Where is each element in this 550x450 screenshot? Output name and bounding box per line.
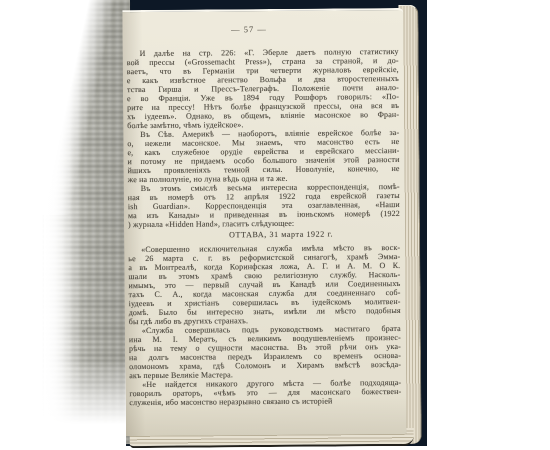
book: — 57 — И далѣе на стр. 226: «Г. Эберле д… [0, 0, 550, 450]
book-page: — 57 — И далѣе на стр. 226: «Г. Эберле д… [122, 8, 406, 436]
book-photo: — 57 — И далѣе на стр. 226: «Г. Эберле д… [0, 0, 550, 450]
dateline: ОТТАВА, 31 марта 1922 г. [128, 229, 400, 240]
page-text: И далѣе на стр. 226: «Г. Эберле даетъ по… [127, 47, 402, 407]
page-number: — 57 — [108, 23, 389, 35]
text-line: служенія, ибо масонство неразрывно связа… [129, 396, 401, 407]
text-line: ) журнала «Hidden Hand», гласитъ слѣдующ… [128, 218, 400, 229]
